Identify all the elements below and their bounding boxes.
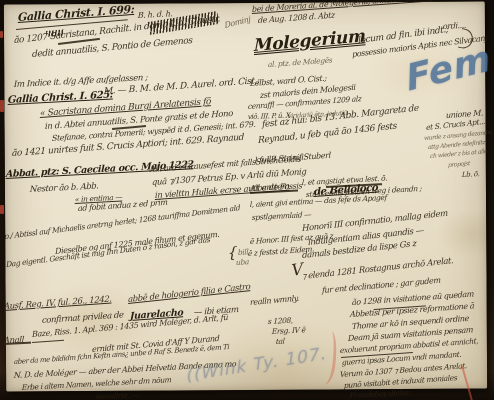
scanned-manuscript-photo: Gallia Christ. I. 699:B. h. d. h.Dominjb… bbox=[0, 0, 494, 400]
handwritten-line: de Aug. 1208 d. Abtz bbox=[258, 12, 335, 25]
handwritten-line: ch wieder z bis at alle bbox=[430, 149, 487, 160]
handwritten-line: Gallia Christ. I. 625: bbox=[8, 90, 114, 106]
handwritten-line: tal bbox=[276, 338, 285, 346]
red-curve-mark bbox=[314, 330, 339, 386]
handwritten-line: Dominj bbox=[224, 16, 251, 30]
handwritten-line: bei de Moreria al. de Molegeria; annuatt… bbox=[252, 0, 433, 14]
ink-layer: Gallia Christ. I. 699:B. h. d. h.Dominjb… bbox=[0, 0, 494, 400]
handwritten-line: Nestor ão b. Abb. bbox=[30, 182, 99, 194]
handwritten-line: Erbe i altem Namen, welche sehr dm nöum bbox=[22, 376, 172, 391]
red-tick-mark bbox=[0, 100, 4, 112]
handwritten-line: wevalirte. — bbox=[96, 392, 139, 400]
underline-mark bbox=[32, 340, 64, 344]
red-tick-mark bbox=[0, 31, 3, 38]
handwritten-line: abbē de hologerio filia e Castro bbox=[128, 283, 250, 304]
handwritten-line: spstlgemmlaid — bbox=[252, 211, 312, 222]
handwritten-line: Molegerium bbox=[254, 28, 365, 55]
red-tick-mark bbox=[0, 205, 4, 214]
handwritten-line: Ausf. Reg. IV. ful. 26., 1242. bbox=[4, 295, 112, 311]
red-line-mark bbox=[461, 365, 473, 400]
handwritten-line: s 1208, bbox=[268, 317, 293, 326]
handwritten-line: Prandeboy dieles. bbox=[350, 389, 411, 400]
handwritten-line: propojst bbox=[448, 161, 470, 169]
handwritten-line: uba bbox=[236, 258, 249, 266]
handwritten-line: Ersg. IV ē bbox=[272, 326, 306, 335]
handwritten-line: al. ptz. de Molegēs bbox=[268, 57, 332, 69]
handwritten-line: l, aient givi entima — das fefe ds Apage… bbox=[250, 194, 387, 209]
handwritten-line: bill bbox=[238, 248, 249, 256]
handwritten-line: realln wmnly. bbox=[250, 295, 299, 307]
handwritten-line: Lb. ō. bbox=[462, 171, 480, 179]
